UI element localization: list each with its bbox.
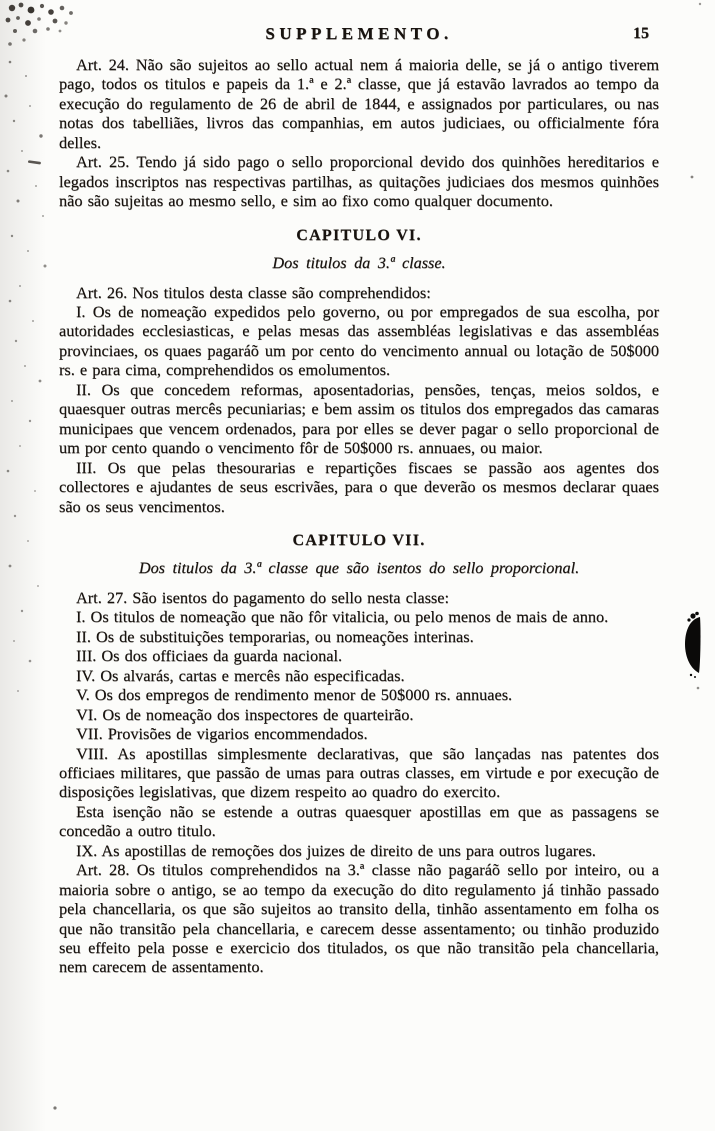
paragraph: I. Os titulos de nomeação que não fôr vi…: [59, 607, 659, 626]
binding-shadow: [0, 0, 54, 1131]
page-number: 15: [633, 25, 649, 43]
paragraph: Art. 28. Os titulos comprehendidos na 3.…: [59, 860, 659, 977]
chapter-heading: CAPITULO VII.: [59, 531, 659, 550]
paragraph: Art. 27. São isentos do pagamento do sel…: [59, 588, 659, 607]
chapter-heading: CAPITULO VI.: [59, 226, 659, 245]
paragraph: VI. Os de nomeação dos inspectores de qu…: [59, 705, 659, 724]
text-blocks: Art. 24. Não são sujeitos ao sello actua…: [59, 55, 659, 977]
chapter-subtitle: Dos titulos da 3.ª classe que são isento…: [59, 559, 659, 578]
paragraph: VII. Provisões de vigarios encommendados…: [59, 724, 659, 743]
paragraph: II. Os de substituições temporarias, ou …: [59, 627, 659, 646]
chapter-subtitle: Dos titulos da 3.ª classe.: [59, 254, 659, 273]
paragraph: IV. Os alvarás, cartas e mercês não espe…: [59, 666, 659, 685]
paragraph: Art. 25. Tendo já sido pago o sello prop…: [59, 152, 659, 210]
paragraph: Esta isenção não se estende a outras qua…: [59, 802, 659, 841]
scanned-book-page: SUPPLEMENTO. 15 Art. 24. Não são sujeito…: [0, 0, 715, 1131]
paragraph: VIII. As apostillas simplesmente declara…: [59, 744, 659, 802]
paragraph: IX. As apostillas de remoções dos juizes…: [59, 841, 659, 860]
paragraph: V. Os dos empregos de rendimento menor d…: [59, 685, 659, 704]
paragraph: Art. 26. Nos titulos desta classe são co…: [59, 283, 659, 302]
ink-blot: [678, 610, 702, 680]
paragraph: I. Os de nomeação expedidos pelo governo…: [59, 302, 659, 380]
paragraph: Art. 24. Não são sujeitos ao sello actua…: [59, 55, 659, 152]
paragraph: III. Os dos officiaes da guarda nacional…: [59, 646, 659, 665]
text-column: SUPPLEMENTO. 15 Art. 24. Não são sujeito…: [59, 24, 659, 977]
paragraph: II. Os que concedem reformas, aposentado…: [59, 380, 659, 458]
paragraph: III. Os que pelas thesourarias e reparti…: [59, 458, 659, 516]
page-title: SUPPLEMENTO.: [59, 24, 659, 44]
running-header: SUPPLEMENTO. 15: [59, 24, 659, 48]
